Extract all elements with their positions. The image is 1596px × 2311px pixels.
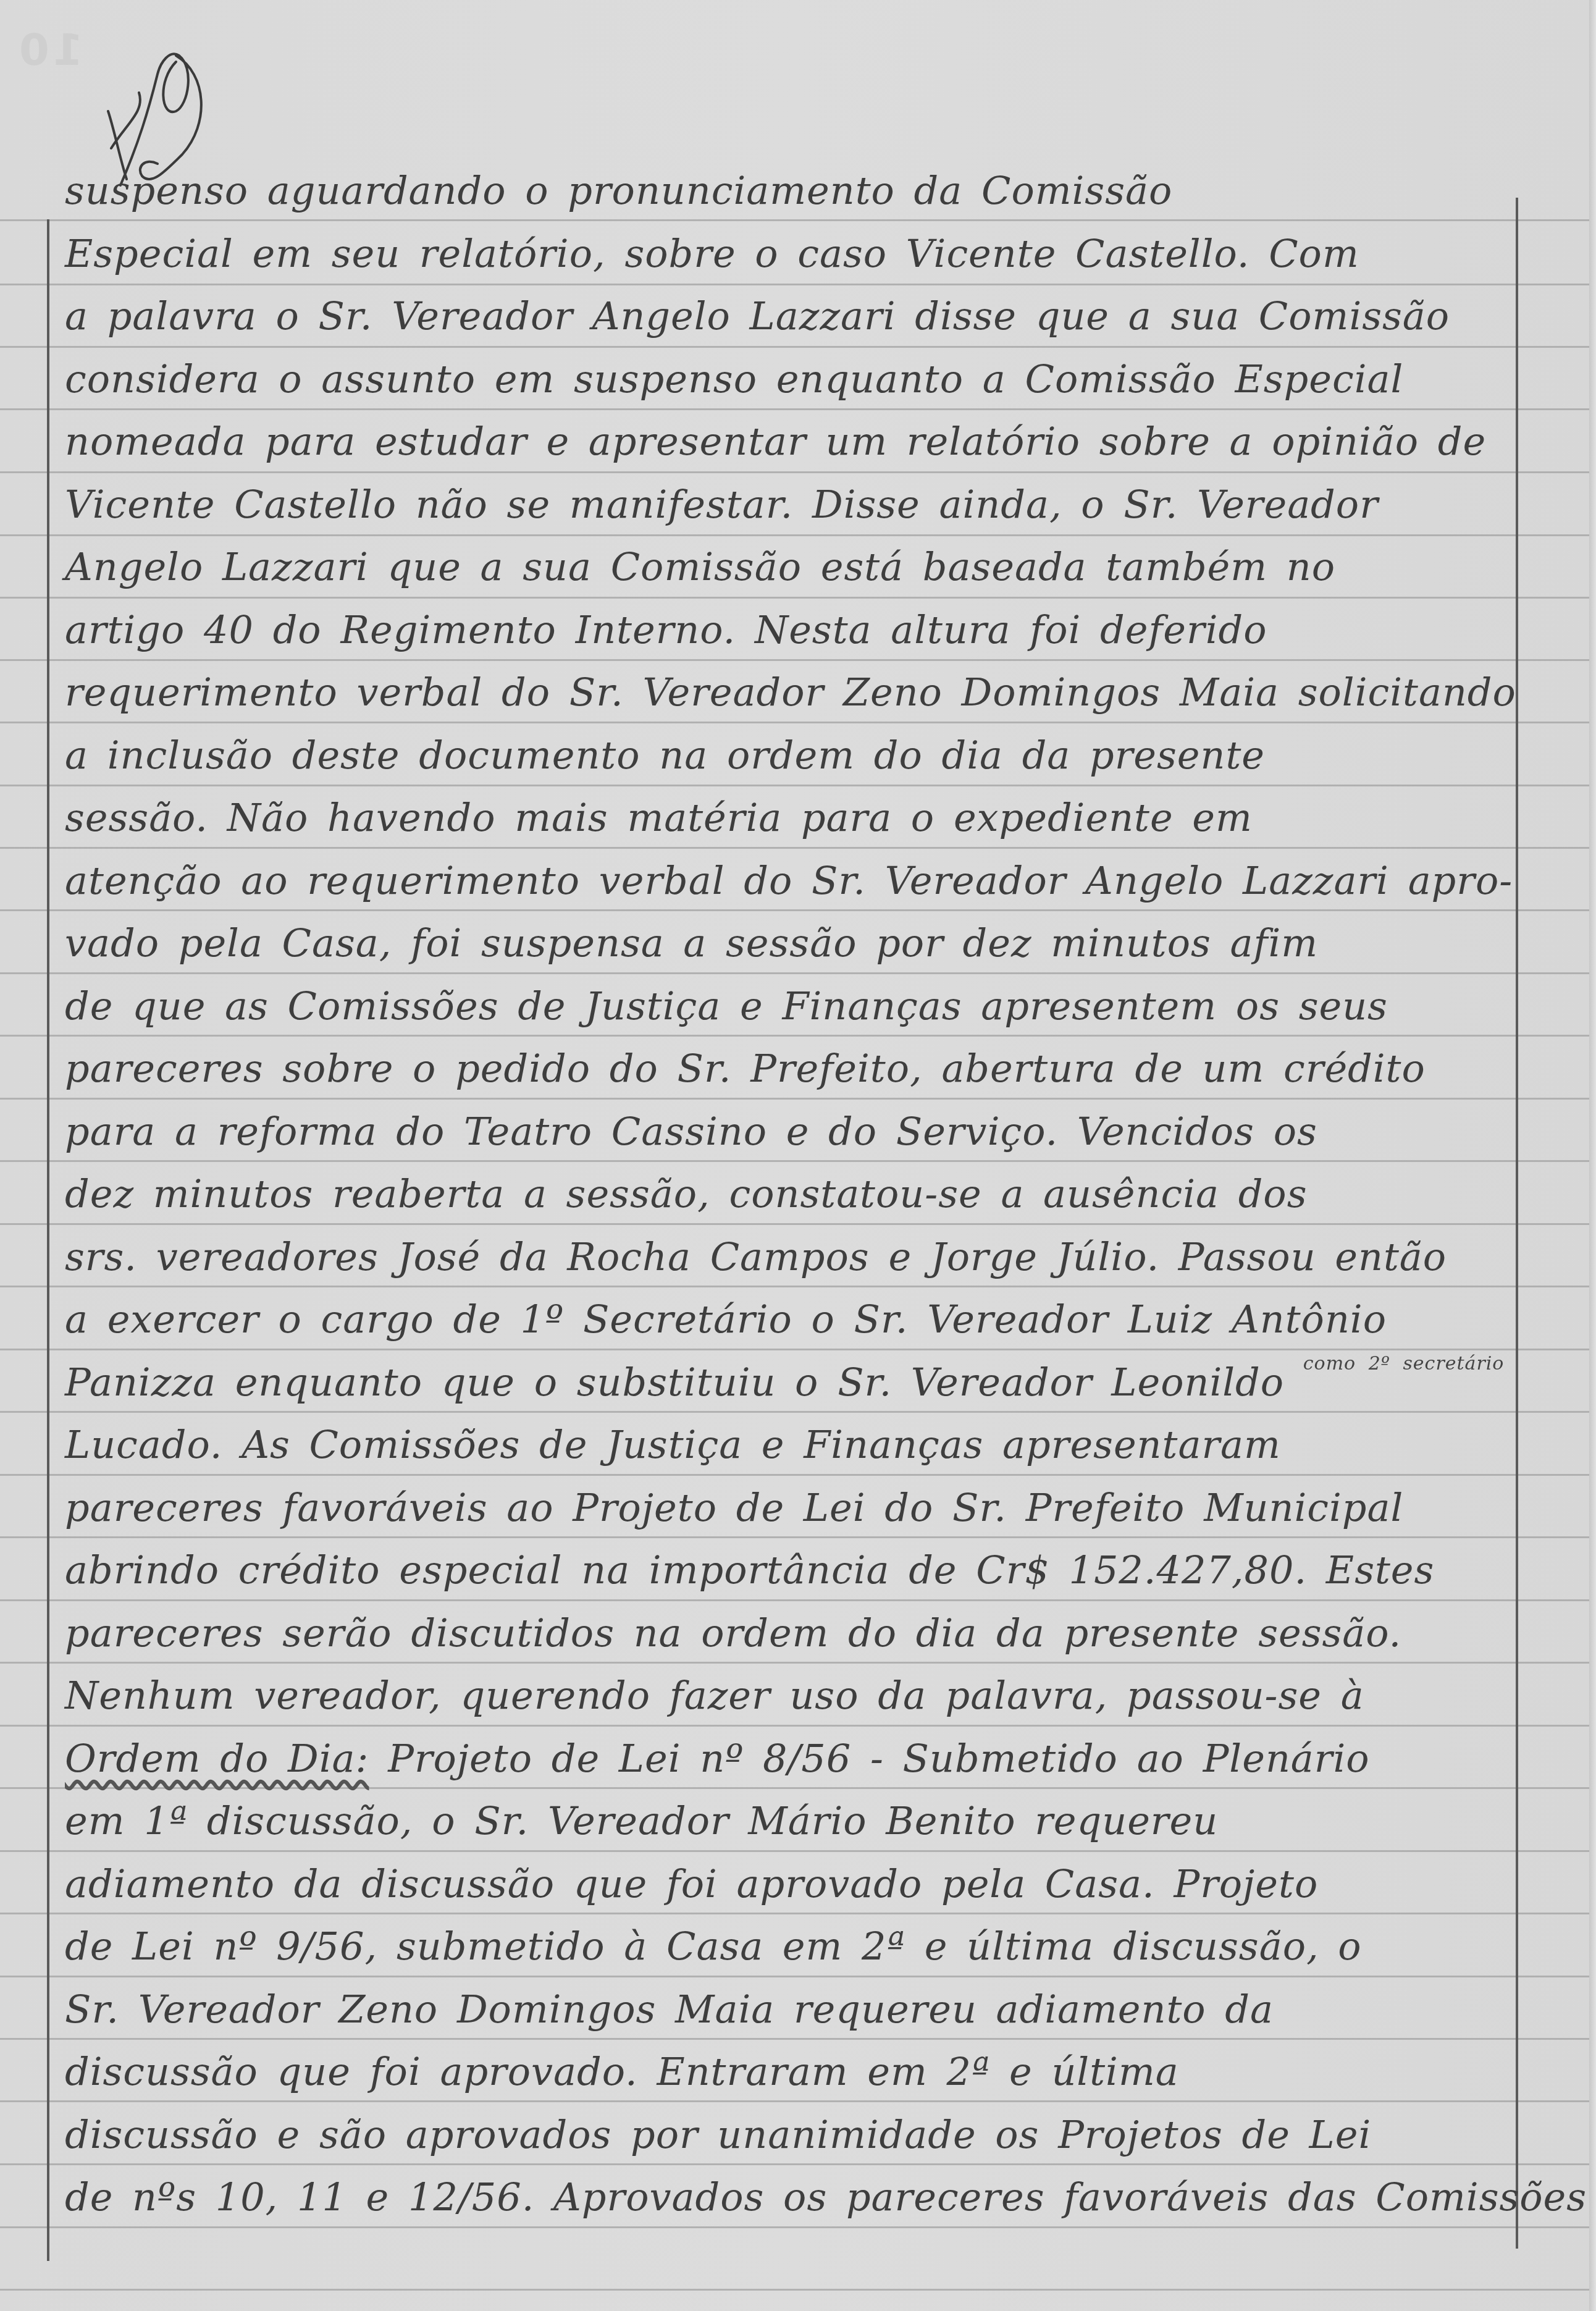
text-line: Lucado. As Comissões de Justiça e Finanç… (65, 1413, 1513, 1476)
text-line: atenção ao requerimento verbal do Sr. Ve… (65, 849, 1513, 912)
text-line: considera o assunto em suspenso enquanto… (65, 348, 1513, 411)
left-margin-line (47, 219, 49, 2261)
page-edge (1589, 0, 1596, 2311)
text-line: pareceres favoráveis ao Projeto de Lei d… (65, 1476, 1513, 1539)
underlined-heading: Ordem do Dia: (65, 1736, 369, 1781)
text-line: adiamento da discussão que foi aprovado … (65, 1853, 1513, 1916)
text-line: para a reforma do Teatro Cassino e do Se… (65, 1100, 1513, 1163)
text-line: Panizza enquanto que o substituiu o Sr. … (65, 1360, 1284, 1405)
interlinear-insert: como 2º secretário (1303, 1353, 1505, 1374)
text-line: requerimento verbal do Sr. Vereador Zeno… (65, 661, 1513, 724)
text-line: a palavra o Sr. Vereador Angelo Lazzari … (65, 285, 1513, 348)
text-line: em 1ª discussão, o Sr. Vereador Mário Be… (65, 1790, 1513, 1853)
text-line: Projeto de Lei nº 8/56 - Submetido ao Pl… (388, 1736, 1369, 1781)
text-line-with-insert: Panizza enquanto que o substituiu o Sr. … (65, 1351, 1513, 1414)
text-line: Nenhum vereador, querendo fazer uso da p… (65, 1664, 1513, 1727)
text-line: Especial em seu relatório, sobre o caso … (65, 222, 1513, 285)
text-line: artigo 40 do Regimento Interno. Nesta al… (65, 599, 1513, 662)
right-margin-line (1516, 198, 1518, 2249)
bleed-through-page-number: 10 (15, 25, 83, 75)
text-line: nomeada para estudar e apresentar um rel… (65, 410, 1513, 473)
text-line: sessão. Não havendo mais matéria para o … (65, 786, 1513, 849)
text-line: de Lei nº 9/56, submetido à Casa em 2ª e… (65, 1915, 1513, 1978)
text-line: de que as Comissões de Justiça e Finança… (65, 975, 1513, 1038)
text-line: srs. vereadores José da Rocha Campos e J… (65, 1226, 1513, 1289)
text-line: suspenso aguardando o pronunciamento da … (65, 159, 1513, 222)
text-line: discussão e são aprovados por unanimidad… (65, 2103, 1513, 2166)
text-line: pareceres serão discutidos na ordem do d… (65, 1602, 1513, 1665)
text-line: de nºs 10, 11 e 12/56. Aprovados os pare… (65, 2166, 1513, 2229)
text-line: a inclusão deste documento na ordem do d… (65, 724, 1513, 787)
text-line: discussão que foi aprovado. Entraram em … (65, 2040, 1513, 2103)
text-line-ordem-do-dia: Ordem do Dia: Projeto de Lei nº 8/56 - S… (65, 1727, 1513, 1790)
text-line: Vicente Castello não se manifestar. Diss… (65, 473, 1513, 536)
text-line: Angelo Lazzari que a sua Comissão está b… (65, 536, 1513, 599)
text-line: Sr. Vereador Zeno Domingos Maia requereu… (65, 1978, 1513, 2041)
text-line: dez minutos reaberta a sessão, constatou… (65, 1163, 1513, 1226)
text-line: abrindo crédito especial na importância … (65, 1539, 1513, 1602)
text-line: pareceres sobre o pedido do Sr. Prefeito… (65, 1037, 1513, 1100)
text-line: a exercer o cargo de 1º Secretário o Sr.… (65, 1288, 1513, 1351)
text-line: vado pela Casa, foi suspensa a sessão po… (65, 912, 1513, 975)
handwritten-text-body: suspenso aguardando o pronunciamento da … (65, 159, 1513, 2229)
